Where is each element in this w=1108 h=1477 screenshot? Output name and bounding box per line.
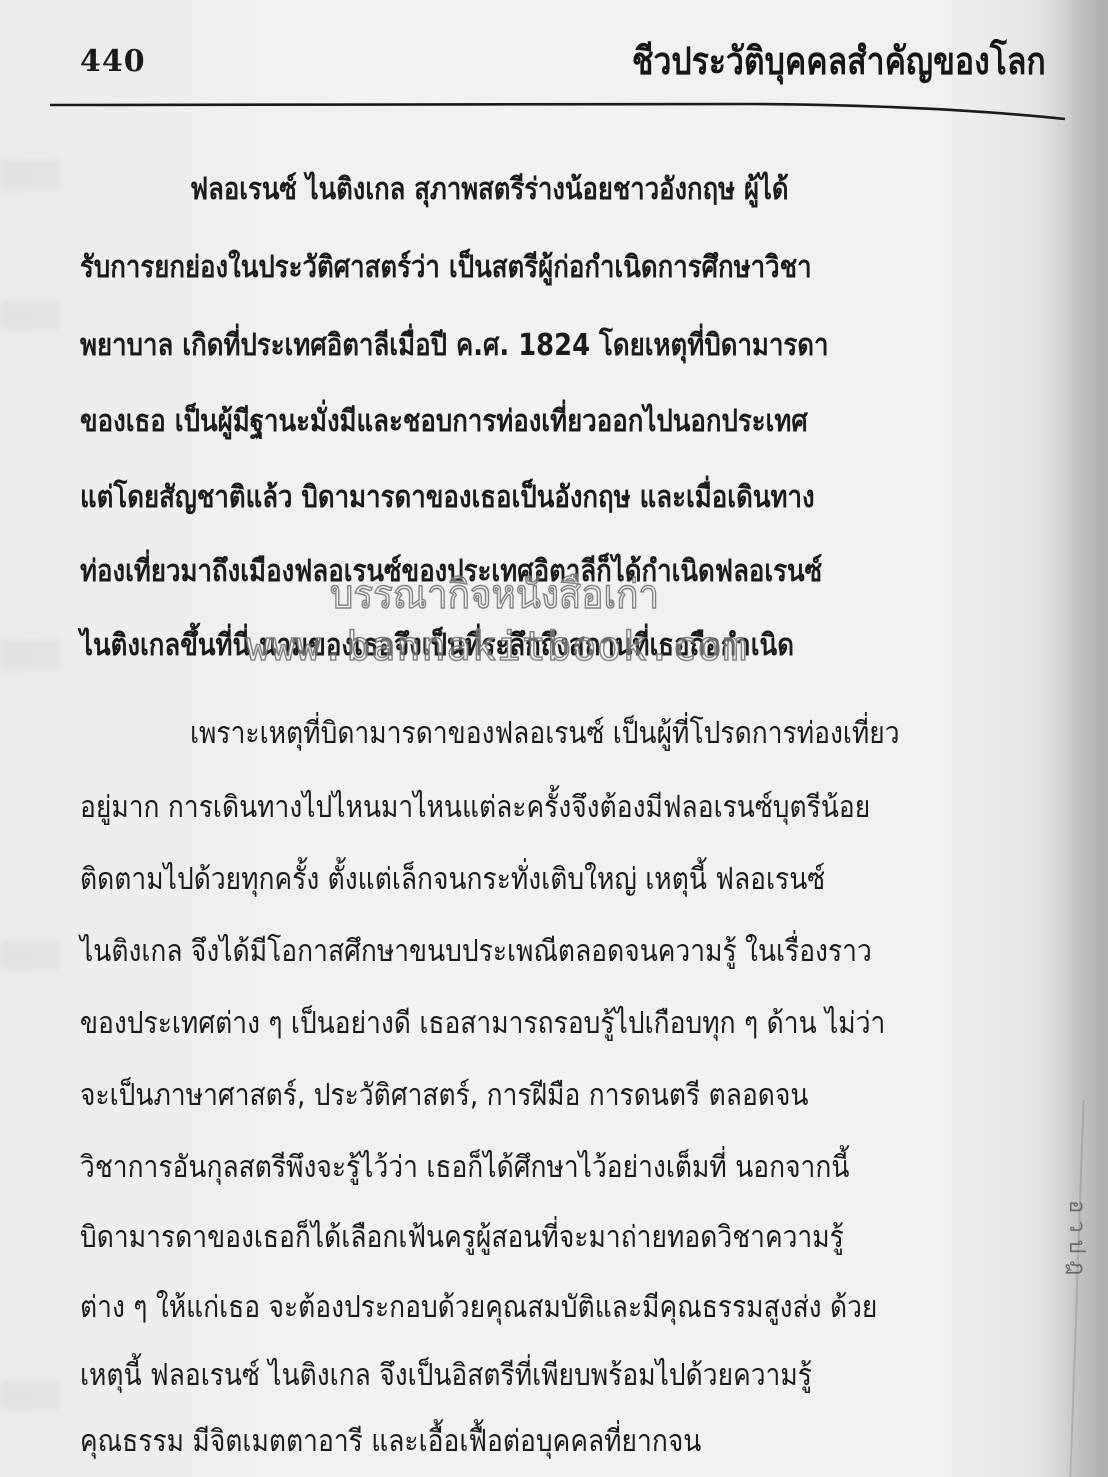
paragraph-line: ติดตามไปด้วยทุกครั้ง ตั้งแต่เล็กจนกระทั่…: [80, 860, 925, 900]
body-text: ฟลอเรนซ์ ไนติงเกล สุภาพสตรีร่างน้อยชาวอั…: [0, 0, 1108, 1477]
paragraph-line: ของเธอ เป็นผู้มีฐานะมั่งมีและชอบการท่องเ…: [80, 402, 906, 442]
paragraph-line: เหตุนี้ ฟลอเรนซ์ ไนติงเกล จึงเป็นอิสตรีท…: [80, 1356, 925, 1396]
paragraph-line: รับการยกย่องในประวัติศาสตร์ว่า เป็นสตรีผ…: [80, 248, 906, 288]
paragraph-line: บิดามารดาของเธอก็ได้เลือกเฟ้นครูผู้สอนที…: [80, 1218, 925, 1258]
paragraph-line: แต่โดยสัญชาติแล้ว บิดามารดาของเธอเป็นอัง…: [80, 478, 906, 518]
paragraph-line: ต่าง ๆ ให้แก่เธอ จะต้องประกอบด้วยคุณสมบั…: [80, 1288, 925, 1328]
book-page: 440 ชีวประวัติบุคคลสำคัญของโลก ฟลอเรนซ์ …: [0, 0, 1108, 1477]
paragraph-line: คุณธรรม มีจิตเมตตาอารี และเอื้อเฟื้อต่อบ…: [80, 1422, 925, 1462]
paragraph-line: ฟลอเรนซ์ ไนติงเกล สุภาพสตรีร่างน้อยชาวอั…: [190, 170, 1011, 210]
paragraph-line: ไนติงเกลขึ้นที่นี่ นามของเธอจึงเป็นที่ระ…: [80, 626, 906, 666]
paragraph-line: จะเป็นภาษาศาสตร์, ประวัติศาสตร์, การฝีมื…: [80, 1076, 925, 1116]
paragraph-line: วิชาการอันกุลสตรีพึงจะรู้ไว้ว่า เธอก็ได้…: [80, 1148, 925, 1188]
paragraph-line: เพราะเหตุที่บิดามารดาของฟลอเรนซ์ เป็นผู้…: [190, 714, 1035, 754]
paragraph-line: อยู่มาก การเดินทางไปไหนมาไหนแต่ละครั้งจึ…: [80, 788, 925, 828]
paragraph-line: ของประเทศต่าง ๆ เป็นอย่างดี เธอสามารถรอบ…: [80, 1004, 925, 1044]
next-page-edge-text: อ ว ป ฎ: [1088, 1200, 1106, 1275]
paragraph-line: ไนติงเกล จึงได้มีโอกาสศึกษาขนบประเพณีตลอ…: [80, 932, 925, 972]
paragraph-line: พยาบาล เกิดที่ประเทศอิตาลีเมื่อปี ค.ศ. 1…: [80, 326, 906, 366]
paragraph-line: ท่องเที่ยวมาถึงเมืองฟลอเรนซ์ของประเทศอิต…: [80, 552, 906, 592]
